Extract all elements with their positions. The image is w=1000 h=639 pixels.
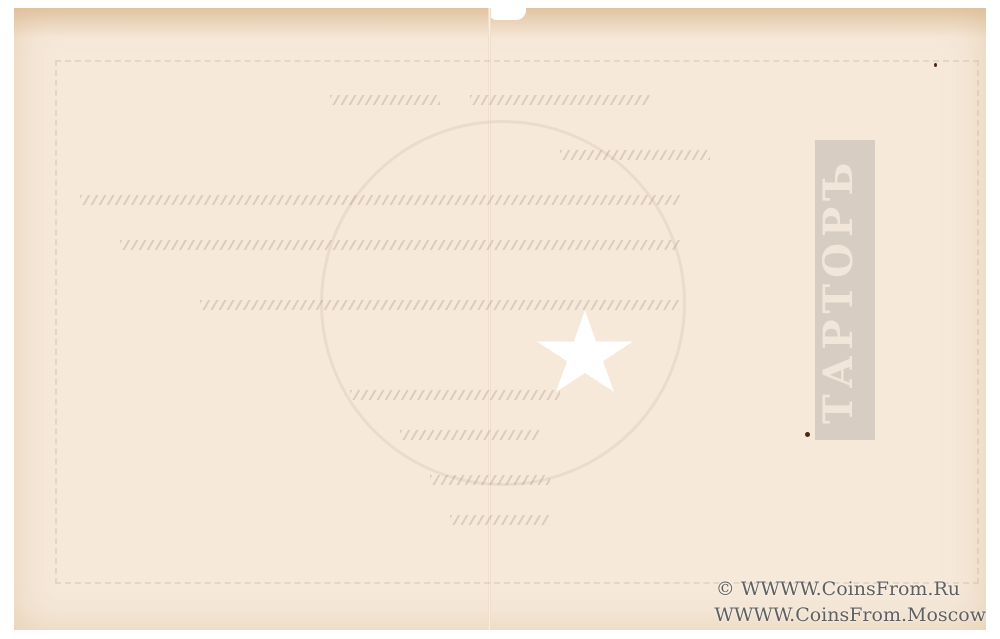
handwriting-line xyxy=(350,390,560,400)
handwriting-line xyxy=(400,430,540,440)
watermark-line-1: © WWWW.CoinsFrom.Ru xyxy=(716,578,960,600)
torn-notch xyxy=(490,0,526,20)
handwriting-line xyxy=(450,515,550,525)
mirrored-label-text: ТАРТОРЪ xyxy=(815,140,875,440)
watermark-line-2: WWWW.CoinsFrom.Moscow xyxy=(714,604,986,626)
ink-spot xyxy=(805,432,810,437)
handwriting-line xyxy=(200,300,680,310)
handwriting-line xyxy=(120,240,680,250)
handwriting-line xyxy=(80,195,680,205)
handwriting-line xyxy=(560,150,710,160)
handwriting-line xyxy=(330,95,440,105)
handwriting-line xyxy=(470,95,650,105)
ink-spot xyxy=(934,63,937,67)
handwriting-line xyxy=(430,475,550,485)
